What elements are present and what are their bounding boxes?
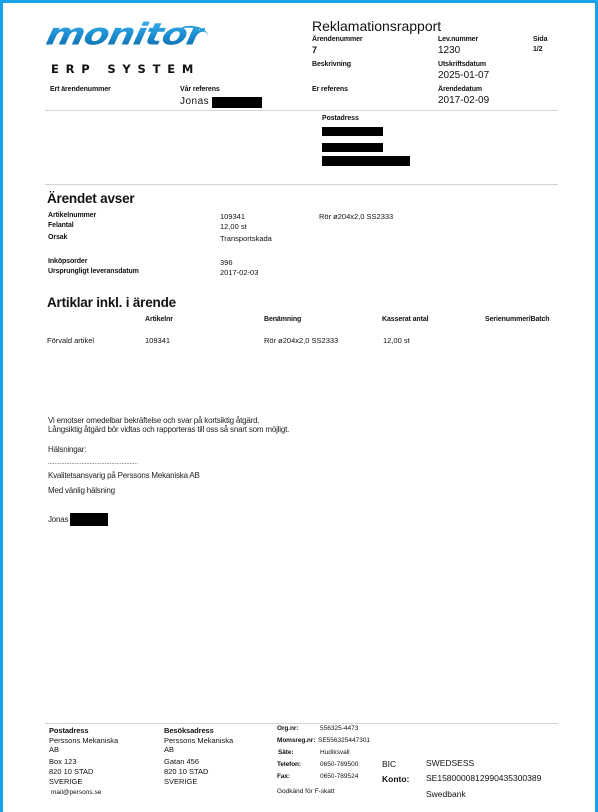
- logo-subtitle: ERP SYSTEM: [51, 62, 200, 76]
- lev-nummer-label: Lev.nummer: [438, 36, 478, 43]
- greeting: Hälsningar:: [48, 445, 86, 454]
- artikelnummer-value: 109341: [220, 212, 245, 221]
- divider-header: [45, 110, 558, 111]
- arendenummer-value: 7: [312, 45, 317, 55]
- redacted-recipient-line: [322, 156, 410, 166]
- utskriftsdatum-value: 2025-01-07: [438, 70, 489, 81]
- leveransdatum-value: 2017-02-03: [220, 268, 258, 277]
- artikelnummer-label: Artikelnummer: [48, 212, 96, 219]
- orsak-value: Transportskada: [220, 234, 272, 243]
- konto-label: Konto:: [382, 774, 409, 784]
- lev-nummer-value: 1230: [438, 45, 460, 56]
- cell-artikelnr: 109341: [145, 336, 170, 345]
- momsreg-label: Momsreg.nr:: [277, 737, 315, 744]
- er-referens-label: Er referens: [312, 86, 348, 93]
- redacted-surname: [212, 97, 262, 108]
- cell-benamning: Rör ø204x2,0 SS2333: [264, 336, 338, 345]
- signature-role: Kvalitetsansvarig på Perssons Mekaniska …: [48, 471, 200, 480]
- footer-postadress-line: AB: [49, 745, 59, 754]
- redacted-recipient-line: [322, 127, 383, 136]
- arendedatum-label: Ärendedatum: [438, 86, 482, 93]
- signer-name: Jonas: [48, 515, 68, 524]
- f-skatt: Godkänd för F-skatt: [277, 788, 334, 795]
- telefon-label: Telefon:: [277, 761, 301, 768]
- column-header-benamning: Benämning: [264, 316, 301, 323]
- bic-label: BIC: [382, 759, 396, 769]
- redacted-recipient-line: [322, 143, 383, 152]
- footer-besoksadress-label: Besöksadress: [164, 726, 214, 735]
- arendenummer-label: Ärendenummer: [312, 36, 363, 43]
- footer-besoksadress-line: Gatan 456: [164, 757, 199, 766]
- message-line-2: Långsiktig åtgärd bör vidtas och rapport…: [48, 425, 289, 434]
- inkopsorder-label: Inköpsorder: [48, 258, 87, 265]
- inkopsorder-value: 396: [220, 258, 233, 267]
- footer-besoksadress-line: SVERIGE: [164, 777, 197, 786]
- org-nr-value: 556325-4473: [320, 725, 358, 732]
- section-heading-arendet: Ärendet avser: [47, 191, 134, 206]
- footer-postadress-label: Postadress: [49, 726, 88, 735]
- page-frame: [0, 0, 598, 812]
- fax-value: 0650-789524: [320, 773, 358, 780]
- sida-label: Sida: [533, 36, 547, 43]
- column-header-serienummer: Serienummer/Batch: [485, 316, 549, 323]
- footer-email[interactable]: mail@persons.se: [51, 789, 101, 796]
- recipient-label: Postadress: [322, 115, 359, 122]
- beskrivning-label: Beskrivning: [312, 61, 351, 68]
- var-referens-label: Vår referens: [180, 86, 220, 93]
- footer-besoksadress-line: AB: [164, 745, 174, 754]
- report-title: Reklamationsrapport: [312, 18, 441, 34]
- utskriftsdatum-label: Utskriftsdatum: [438, 61, 486, 68]
- bank-name: Swedbank: [426, 789, 466, 799]
- telefon-value: 0650-789500: [320, 761, 358, 768]
- momsreg-value: SE556325447301: [318, 737, 370, 744]
- arendedatum-value: 2017-02-09: [438, 95, 489, 106]
- leveransdatum-label: Ursprungligt leveransdatum: [48, 268, 139, 275]
- org-nr-label: Org.nr:: [277, 725, 298, 732]
- orsak-label: Orsak: [48, 234, 67, 241]
- footer-postadress-line: Box 123: [49, 757, 77, 766]
- cell-typ: Förvald artikel: [47, 336, 94, 345]
- footer-besoksadress-line: 820 10 STAD: [164, 767, 208, 776]
- cell-kasserat-antal: 12,00 st: [383, 336, 410, 345]
- ert-arendenummer-label: Ert ärendenummer: [50, 86, 111, 93]
- felantal-value: 12,00 st: [220, 222, 247, 231]
- divider-footer: [45, 723, 558, 724]
- felantal-label: Felantal: [48, 222, 74, 229]
- column-header-kasserat-antal: Kasserat antal: [382, 316, 428, 323]
- redacted-signer-surname: [70, 513, 108, 526]
- fax-label: Fax:: [277, 773, 290, 780]
- footer-besoksadress-line: Perssons Mekaniska: [164, 736, 233, 745]
- artikel-benamning: Rör ø204x2,0 SS2333: [319, 212, 393, 221]
- column-header-artikelnr: Artikelnr: [145, 316, 173, 323]
- footer-postadress-line: SVERIGE: [49, 777, 82, 786]
- sida-value: 1/2: [533, 46, 542, 53]
- var-referens-value: Jonas: [180, 96, 209, 107]
- message-line-1: Vi emotser omedelbar bekräftelse och sva…: [48, 416, 259, 425]
- sate-value: Hudiksvall: [320, 749, 350, 756]
- sate-label: Säte:: [278, 749, 293, 756]
- konto-value: SE1580000812990435300389: [426, 773, 541, 783]
- bic-value: SWEDSESS: [426, 758, 474, 768]
- section-heading-artiklar: Artiklar inkl. i ärende: [47, 295, 176, 310]
- footer-postadress-line: 820 10 STAD: [49, 767, 93, 776]
- signature-dots: ........................................…: [48, 460, 138, 466]
- divider-recipient: [45, 184, 558, 185]
- footer-postadress-line: Perssons Mekaniska: [49, 736, 118, 745]
- closing: Med vänlig hälsning: [48, 486, 115, 495]
